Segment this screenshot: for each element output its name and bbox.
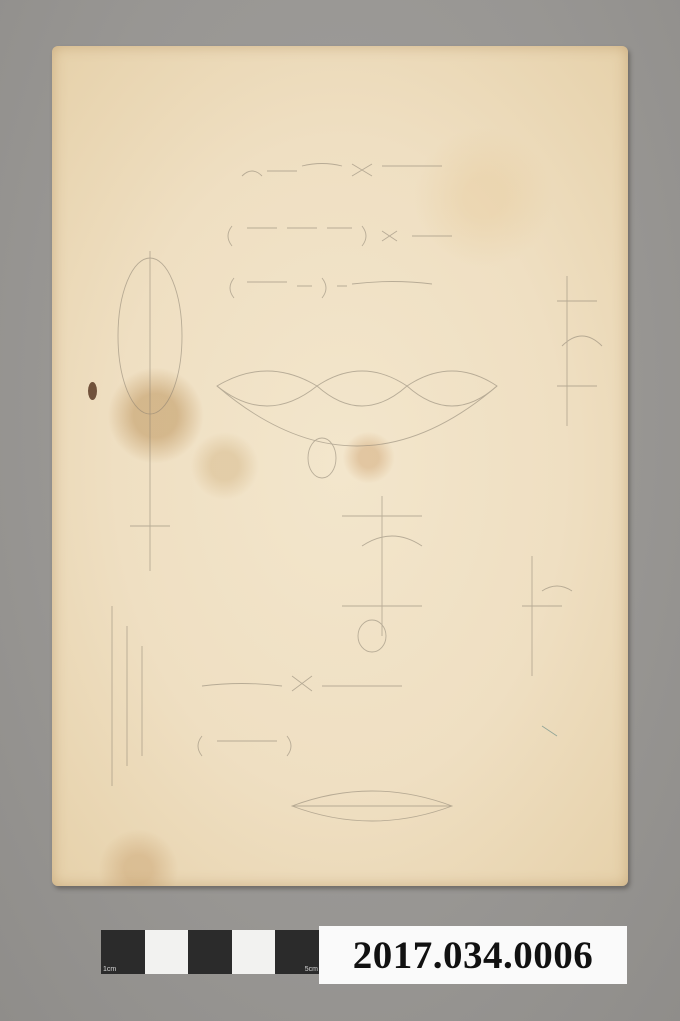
scale-end-label: 5cm [305,966,318,973]
scale-segment [232,930,276,974]
scale-segment [145,930,189,974]
color-scale-bar: 1cm 5cm [101,930,319,974]
notebook-cover [52,46,628,886]
scale-segment: 1cm [101,930,145,974]
scale-segment [188,930,232,974]
scale-segment: 5cm [275,930,319,974]
pencil-sketches [52,46,628,886]
scale-start-label: 1cm [103,966,116,973]
accession-number-label: 2017.034.0006 [319,926,627,984]
